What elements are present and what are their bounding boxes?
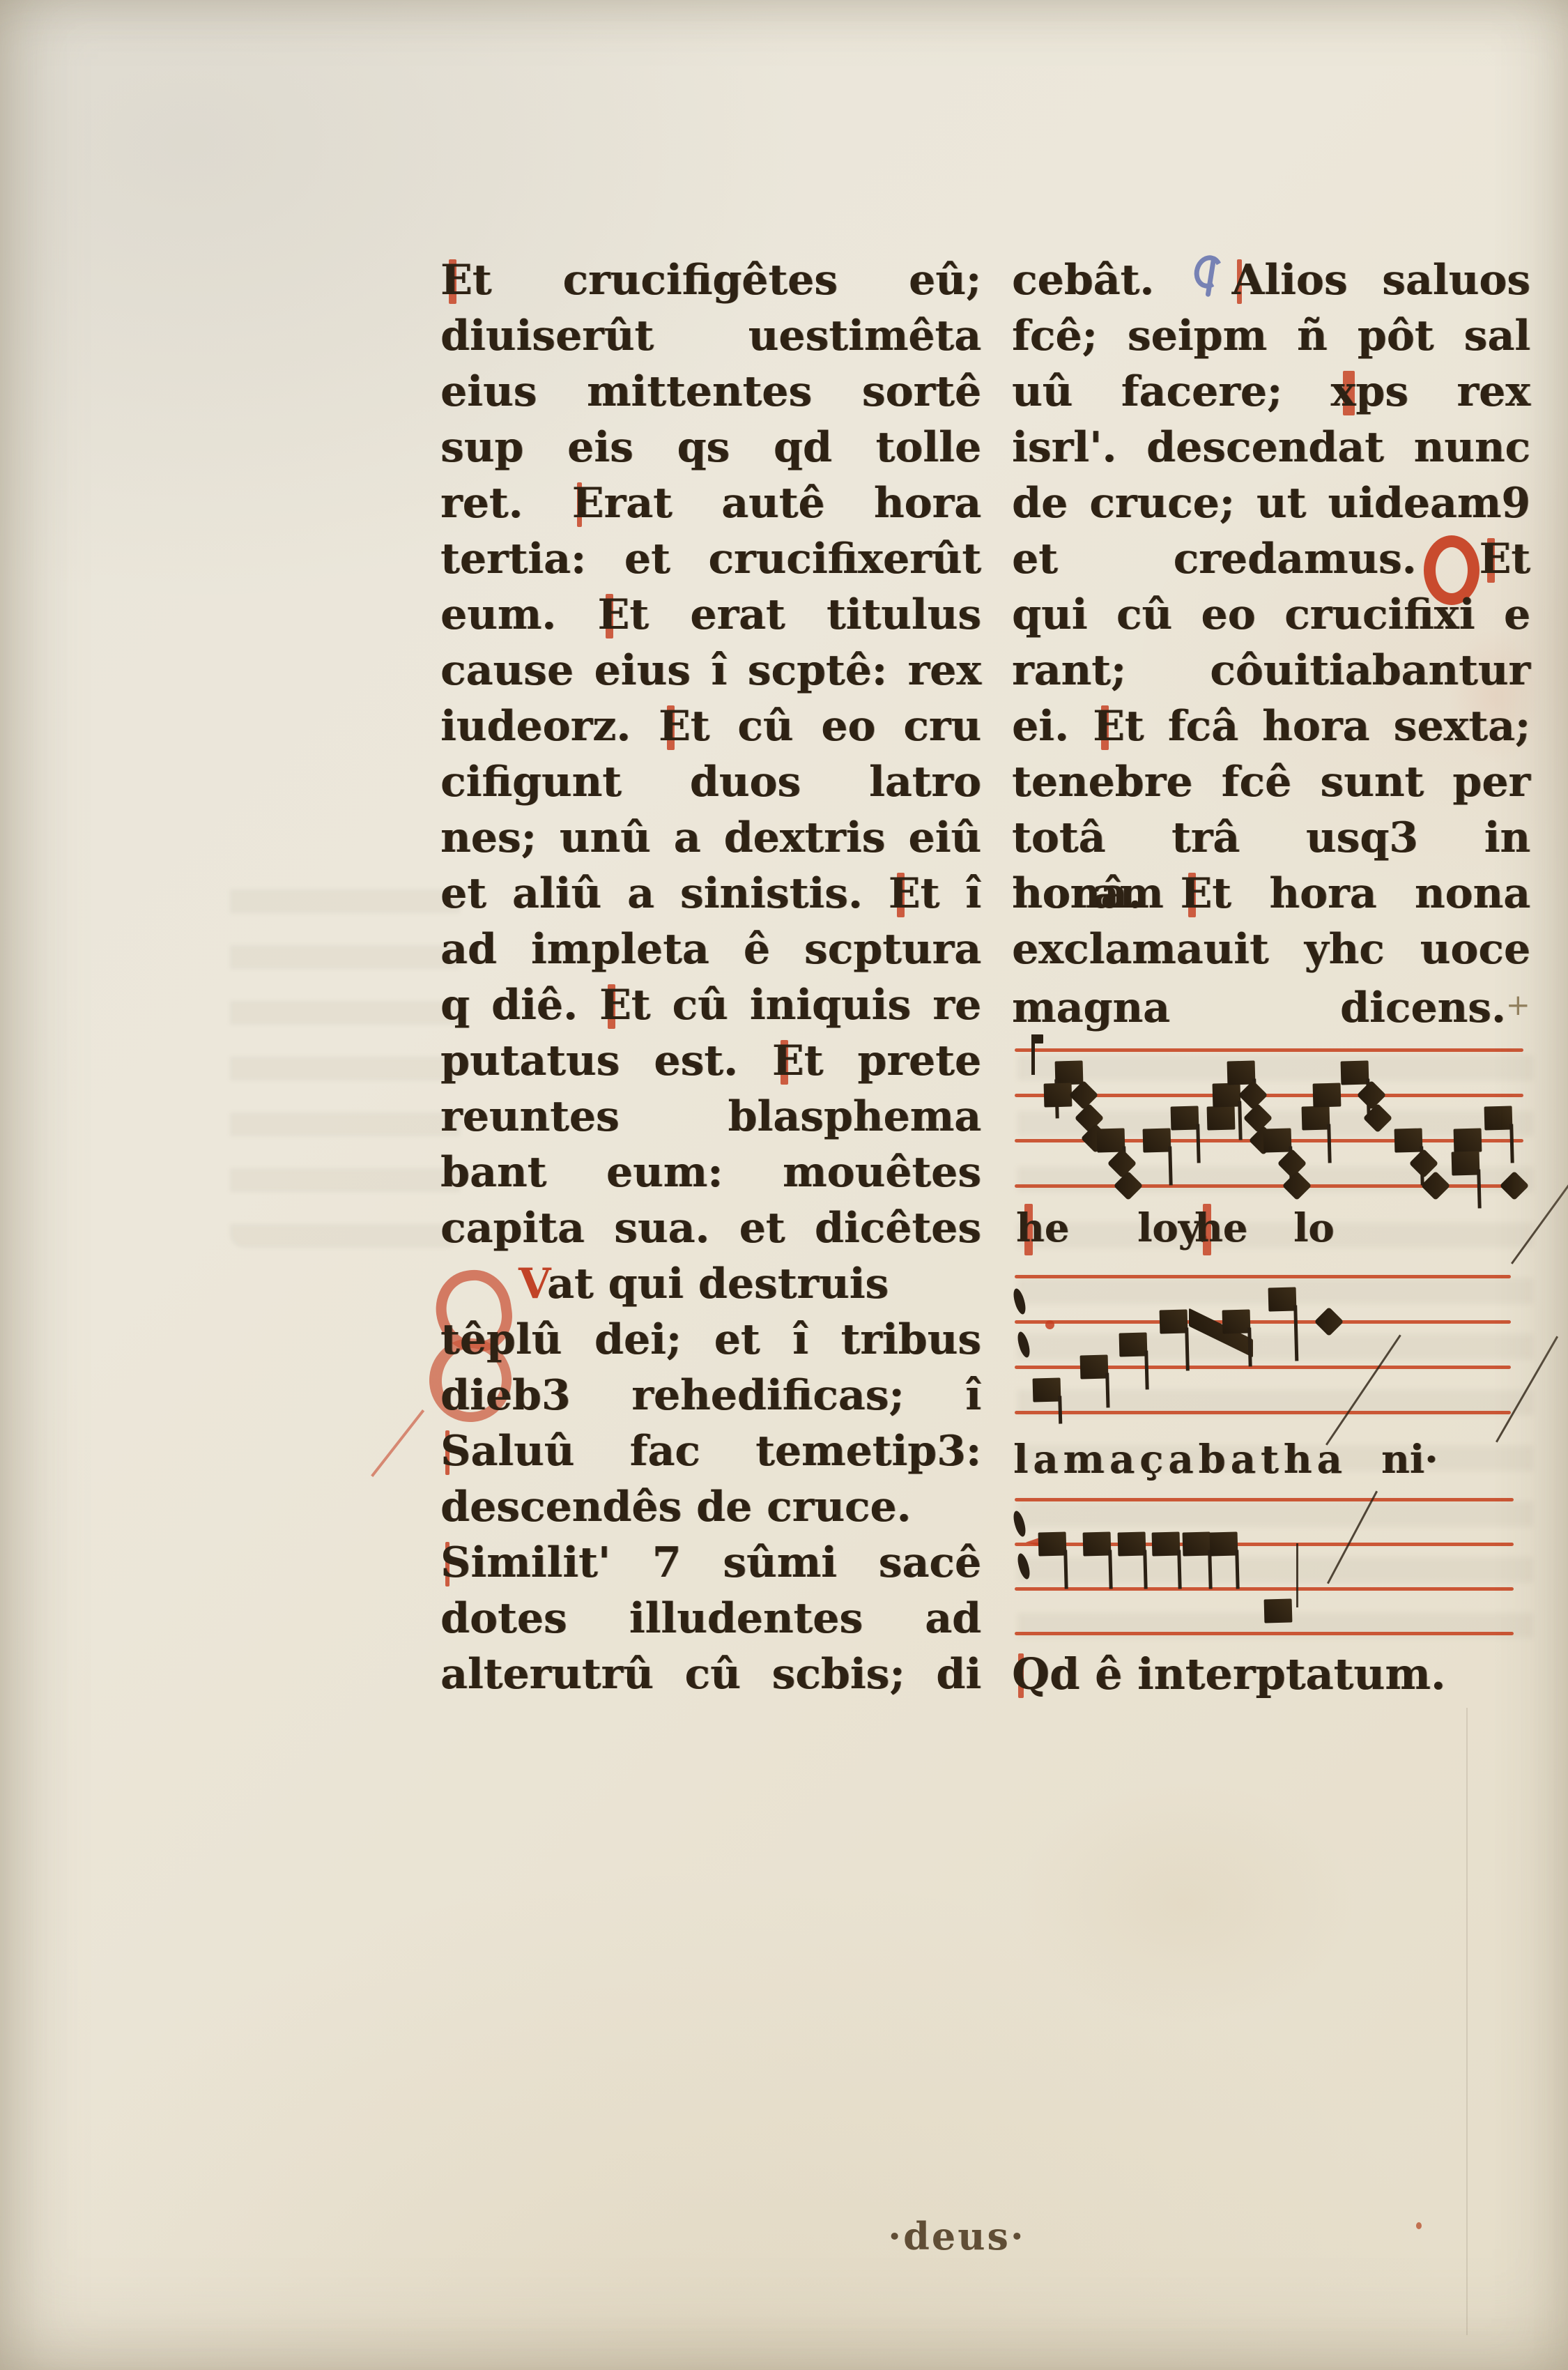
text-segment: crucifigêtes eû; xyxy=(491,256,981,305)
neume-sq xyxy=(1119,1332,1148,1356)
text-segment: cebât. xyxy=(1012,256,1189,305)
neume-sq xyxy=(1044,1083,1073,1107)
manuscript-text-line: exclamauit yhc uoce xyxy=(1012,922,1530,977)
text-segment: Et xyxy=(659,698,709,754)
neume-tail xyxy=(1105,1373,1109,1407)
neume-hl xyxy=(1496,1336,1558,1442)
neume-comma xyxy=(1015,1330,1033,1358)
manuscript-text-line: capita sua. et dicêtes xyxy=(440,1200,981,1256)
neume-sq xyxy=(1083,1531,1112,1556)
manuscript-text-line: et credamus.Et xyxy=(1012,531,1530,587)
text-segment: eum. xyxy=(440,590,598,639)
text-segment: S xyxy=(440,1423,470,1479)
manuscript-text-line: descendês de cruce. xyxy=(440,1479,981,1535)
text-segment: S xyxy=(440,1535,470,1591)
parchment-stain xyxy=(941,1729,1429,2077)
blue-paraph-icon xyxy=(1194,254,1224,298)
text-segment: Et xyxy=(1180,866,1231,922)
neume-sq xyxy=(1313,1083,1342,1107)
staff-line xyxy=(1015,1498,1514,1501)
text-segment: ei. xyxy=(1012,702,1093,751)
manuscript-text-line: Qd ê interptatum. xyxy=(1012,1646,1530,1702)
text-segment: et aliû a sinistis. xyxy=(440,869,889,918)
text-segment: tertia: et crucifixerût xyxy=(440,535,981,583)
text-segment: qui cû eo crucifixi e xyxy=(1012,590,1530,639)
red-ink-speck xyxy=(1416,2222,1422,2229)
neume-di xyxy=(1107,1148,1137,1177)
manuscript-catchword: ·deus· xyxy=(842,2214,1072,2258)
staff-line xyxy=(1015,1411,1511,1414)
neume-sq xyxy=(1038,1531,1067,1556)
manuscript-text-line: têplû dei; et î tribus xyxy=(440,1312,981,1368)
neume-sq xyxy=(1268,1287,1297,1311)
text-segment: dotes illudentes ad xyxy=(440,1594,981,1643)
neume-tail xyxy=(1058,1396,1062,1423)
text-segment: cause eius î scptê: rex xyxy=(440,646,981,695)
manuscript-text-line: tertia: et crucifixerût xyxy=(440,531,981,587)
text-segment: eius mittentes sortê xyxy=(440,367,981,416)
text-segment: rat autê hora xyxy=(604,479,982,528)
neume-sq xyxy=(1210,1531,1238,1556)
text-segment: Et xyxy=(1093,698,1144,754)
manuscript-text-line: reuntes blasphema xyxy=(440,1089,981,1145)
neume-sq xyxy=(1454,1128,1482,1152)
text-segment: tenebre fcê sunt per xyxy=(1012,758,1530,806)
text-segment: imilit' 7 sûmi sacê xyxy=(470,1538,981,1587)
text-segment: xps xyxy=(1330,364,1408,420)
neume-sq xyxy=(1183,1531,1211,1556)
text-segment: iudeorz. xyxy=(440,702,659,751)
neume-sq xyxy=(1080,1354,1109,1379)
manuscript-text-line: cebât. Alios saluos xyxy=(1012,252,1530,308)
neume-di xyxy=(1069,1080,1098,1110)
neume-sq xyxy=(1263,1128,1292,1152)
text-segment: diuiserût uestimêta xyxy=(440,312,981,360)
right-text-column: cebât. Alios saluosfcê; seipm ñ pôt salu… xyxy=(1012,252,1530,1033)
text-segment: lios saluos xyxy=(1264,256,1530,305)
neume-stem xyxy=(1031,1034,1035,1075)
staff-line xyxy=(1015,1048,1523,1052)
manuscript-text-line: ad impleta ê scptura xyxy=(440,922,981,977)
neume-sq xyxy=(1143,1128,1171,1152)
text-segment: Et xyxy=(599,977,650,1033)
text-segment: d ê interptatum. xyxy=(1050,1649,1445,1699)
text-segment: uû facere; xyxy=(1012,367,1330,416)
manuscript-text-line: fcê; seipm ñ pôt sal xyxy=(1012,308,1530,364)
music-staff xyxy=(1015,1499,1514,1639)
neume-vline xyxy=(1296,1543,1298,1607)
text-segment: Et xyxy=(1479,531,1530,587)
manuscript-text-line: Vat qui destruis xyxy=(440,1256,981,1312)
neume-tail xyxy=(1185,1327,1190,1370)
manuscript-text-line: eum. Et erat titulus xyxy=(440,587,981,643)
chant-final-line: Qd ê interptatum. xyxy=(1012,1646,1530,1702)
text-segment: exclamauit yhc uoce xyxy=(1012,925,1530,974)
neume-sq xyxy=(1484,1106,1513,1130)
neume-tail xyxy=(1327,1124,1331,1163)
show-through-smudge xyxy=(230,857,460,1248)
neume-sq xyxy=(1213,1083,1241,1107)
neume-di xyxy=(1357,1080,1386,1110)
text-segment: he xyxy=(1016,1196,1069,1260)
text-segment: dieb3 rehedificas; î xyxy=(440,1371,981,1420)
manuscript-text-line: totâ trâ usq3 in horam xyxy=(1012,810,1530,866)
neume-sq xyxy=(1341,1060,1369,1085)
neume-sq xyxy=(1171,1106,1199,1130)
manuscript-text-line: diuiserût uestimêta xyxy=(440,308,981,364)
text-segment: alterutrû cû scbis; di xyxy=(440,1650,981,1699)
manuscript-text-line: cause eius î scptê: rex xyxy=(440,643,981,698)
neume-di xyxy=(1314,1307,1344,1336)
text-segment: he xyxy=(1194,1196,1247,1260)
text-segment: q diê. xyxy=(440,981,599,1030)
manuscript-text-line: qui cû eo crucifixi e xyxy=(1012,587,1530,643)
chant-lyrics-row: lamaçabathani· xyxy=(1015,1428,1533,1492)
neume-sq xyxy=(1302,1106,1330,1130)
text-segment: erat titulus xyxy=(649,590,981,639)
neume-tail xyxy=(1247,1327,1252,1366)
text-segment: sup eis qs qd tolle xyxy=(440,423,981,472)
text-segment: lamaçabatha xyxy=(1013,1428,1347,1492)
text-segment: rex xyxy=(1408,367,1530,416)
manuscript-text-line: nes; unû a dextris eiû xyxy=(440,810,981,866)
text-segment: isrl'. descendat nunc xyxy=(1012,423,1530,472)
neume-comma xyxy=(1010,1287,1029,1315)
neume-tail xyxy=(1108,1550,1112,1589)
text-segment: aluû fac temetip3: xyxy=(470,1427,981,1476)
manuscript-text-line: bant eum: mouêtes xyxy=(440,1145,981,1200)
text-segment: cifigunt duos latro xyxy=(440,758,981,806)
neume-sq xyxy=(1264,1598,1293,1623)
manuscript-text-line: alterutrû cû scbis; di xyxy=(440,1646,981,1702)
text-segment: reuntes blasphema xyxy=(440,1092,981,1141)
text-segment: ni· xyxy=(1381,1428,1438,1492)
manuscript-text-line: isrl'. descendat nunc xyxy=(1012,420,1530,475)
neume-hl xyxy=(1327,1490,1378,1584)
chant-lyrics-row: heloy.helo xyxy=(1015,1196,1533,1260)
neume-sq xyxy=(1152,1531,1181,1556)
neume-tail xyxy=(1196,1124,1200,1163)
text-segment: descendês de cruce. xyxy=(440,1483,911,1531)
manuscript-text-line: eius mittentes sortê xyxy=(440,364,981,420)
neume-comma xyxy=(1010,1510,1029,1538)
music-staff xyxy=(1015,1276,1511,1416)
neume-di xyxy=(1277,1148,1307,1177)
text-segment: lo xyxy=(1293,1196,1335,1260)
manuscript-text-line: rant; côuitiabantur xyxy=(1012,643,1530,698)
staff-line xyxy=(1015,1320,1511,1324)
text-segment: A xyxy=(1232,252,1265,308)
text-segment: bant eum: mouêtes xyxy=(440,1148,981,1197)
neume-sq xyxy=(1207,1106,1236,1130)
neume-comma xyxy=(1015,1552,1033,1580)
neume-sq xyxy=(1452,1151,1480,1175)
text-segment: hora nona xyxy=(1231,869,1530,918)
manuscript-text-line: de cruce; ut uideam9 xyxy=(1012,475,1530,531)
manuscript-text-line: et aliû a sinistis. Et î xyxy=(440,866,981,922)
neume-sq xyxy=(1033,1377,1061,1402)
manuscript-text-line: dieb3 rehedificas; î xyxy=(440,1368,981,1423)
manuscript-text-line: uû facere; xps rex xyxy=(1012,364,1530,420)
text-segment: V xyxy=(518,1260,547,1308)
manuscript-text-line: magna dicens.+ xyxy=(1012,977,1530,1033)
text-segment: cû iniquis re xyxy=(650,981,981,1030)
text-segment: Q xyxy=(1012,1646,1050,1702)
text-segment: ad impleta ê scptura xyxy=(440,925,981,974)
neume-sq xyxy=(1394,1128,1423,1152)
neume-tail xyxy=(1063,1550,1068,1589)
staff-line xyxy=(1015,1632,1514,1635)
text-segment: têplû dei; et î tribus xyxy=(440,1315,981,1364)
text-segment: fcê; seipm ñ pôt sal xyxy=(1012,312,1530,360)
neume-tail xyxy=(1238,1101,1242,1140)
neume-sq xyxy=(1160,1309,1188,1333)
neume-tail xyxy=(1509,1124,1514,1163)
neume-tail xyxy=(1177,1550,1181,1589)
text-segment: nonâ. xyxy=(1012,869,1180,918)
text-segment: capita sua. et dicêtes xyxy=(440,1204,981,1253)
text-segment: prete xyxy=(823,1037,981,1085)
text-segment: fcâ hora sexta; xyxy=(1144,702,1530,751)
text-segment: E xyxy=(572,475,604,531)
neume-sq xyxy=(1222,1309,1251,1333)
text-segment: cû eo cru xyxy=(709,702,981,751)
manuscript-text-line: nonâ. Et hora nona xyxy=(1012,866,1530,922)
manuscript-text-line: cifigunt duos latro xyxy=(440,754,981,810)
text-segment: Et xyxy=(598,587,649,643)
text-segment: ret. xyxy=(440,479,572,528)
neume-sq xyxy=(1118,1531,1146,1556)
text-segment: Et xyxy=(772,1033,823,1089)
staff-line xyxy=(1015,1587,1514,1591)
manuscript-text-line: ei. Et fcâ hora sexta; xyxy=(1012,698,1530,754)
manuscript-text-line: ret. Erat autê hora xyxy=(440,475,981,531)
neume-tail xyxy=(1168,1146,1172,1185)
text-segment: î xyxy=(939,869,981,918)
parchment-crease xyxy=(1466,1708,1468,2335)
manuscript-text-line: tenebre fcê sunt per xyxy=(1012,754,1530,810)
text-segment: nes; unû a dextris eiû xyxy=(440,813,981,862)
neume-di xyxy=(1238,1080,1268,1110)
neume-rdot xyxy=(1045,1320,1054,1329)
neume-tail xyxy=(1293,1305,1298,1361)
text-segment: et credamus. xyxy=(1012,535,1417,583)
neume-sq xyxy=(1055,1060,1084,1085)
manuscript-text-line: sup eis qs qd tolle xyxy=(440,420,981,475)
manuscript-text-line: q diê. Et cû iniquis re xyxy=(440,977,981,1033)
staff-line xyxy=(1015,1275,1511,1278)
text-segment: Et xyxy=(889,866,939,922)
text-segment: rant; côuitiabantur xyxy=(1012,646,1530,695)
manuscript-text-line: Et crucifigêtes eû; xyxy=(440,252,981,308)
music-staff xyxy=(1015,1050,1523,1189)
text-segment: de cruce; ut uideam9 xyxy=(1012,479,1530,528)
manuscript-text-line: Saluû fac temetip3: xyxy=(440,1423,981,1479)
left-text-column: Et crucifigêtes eû;diuiserût uestimêtaei… xyxy=(440,252,981,1702)
manuscript-text-line: dotes illudentes ad xyxy=(440,1591,981,1646)
neume-tail xyxy=(1144,1350,1148,1389)
text-segment: + xyxy=(1506,988,1530,1022)
text-segment: at qui destruis xyxy=(547,1260,889,1308)
manuscript-page: Et crucifigêtes eû;diuiserût uestimêtaei… xyxy=(0,0,1568,2370)
neume-tail xyxy=(1235,1550,1239,1589)
neume-tail xyxy=(1143,1550,1147,1589)
manuscript-text-line: Similit' 7 sûmi sacê xyxy=(440,1535,981,1591)
manuscript-text-line: iudeorz. Et cû eo cru xyxy=(440,698,981,754)
text-segment: Et xyxy=(440,252,491,308)
text-segment: magna dicens. xyxy=(1012,984,1506,1032)
manuscript-text-line: putatus est. Et prete xyxy=(440,1033,981,1089)
text-segment: putatus est. xyxy=(440,1037,772,1085)
